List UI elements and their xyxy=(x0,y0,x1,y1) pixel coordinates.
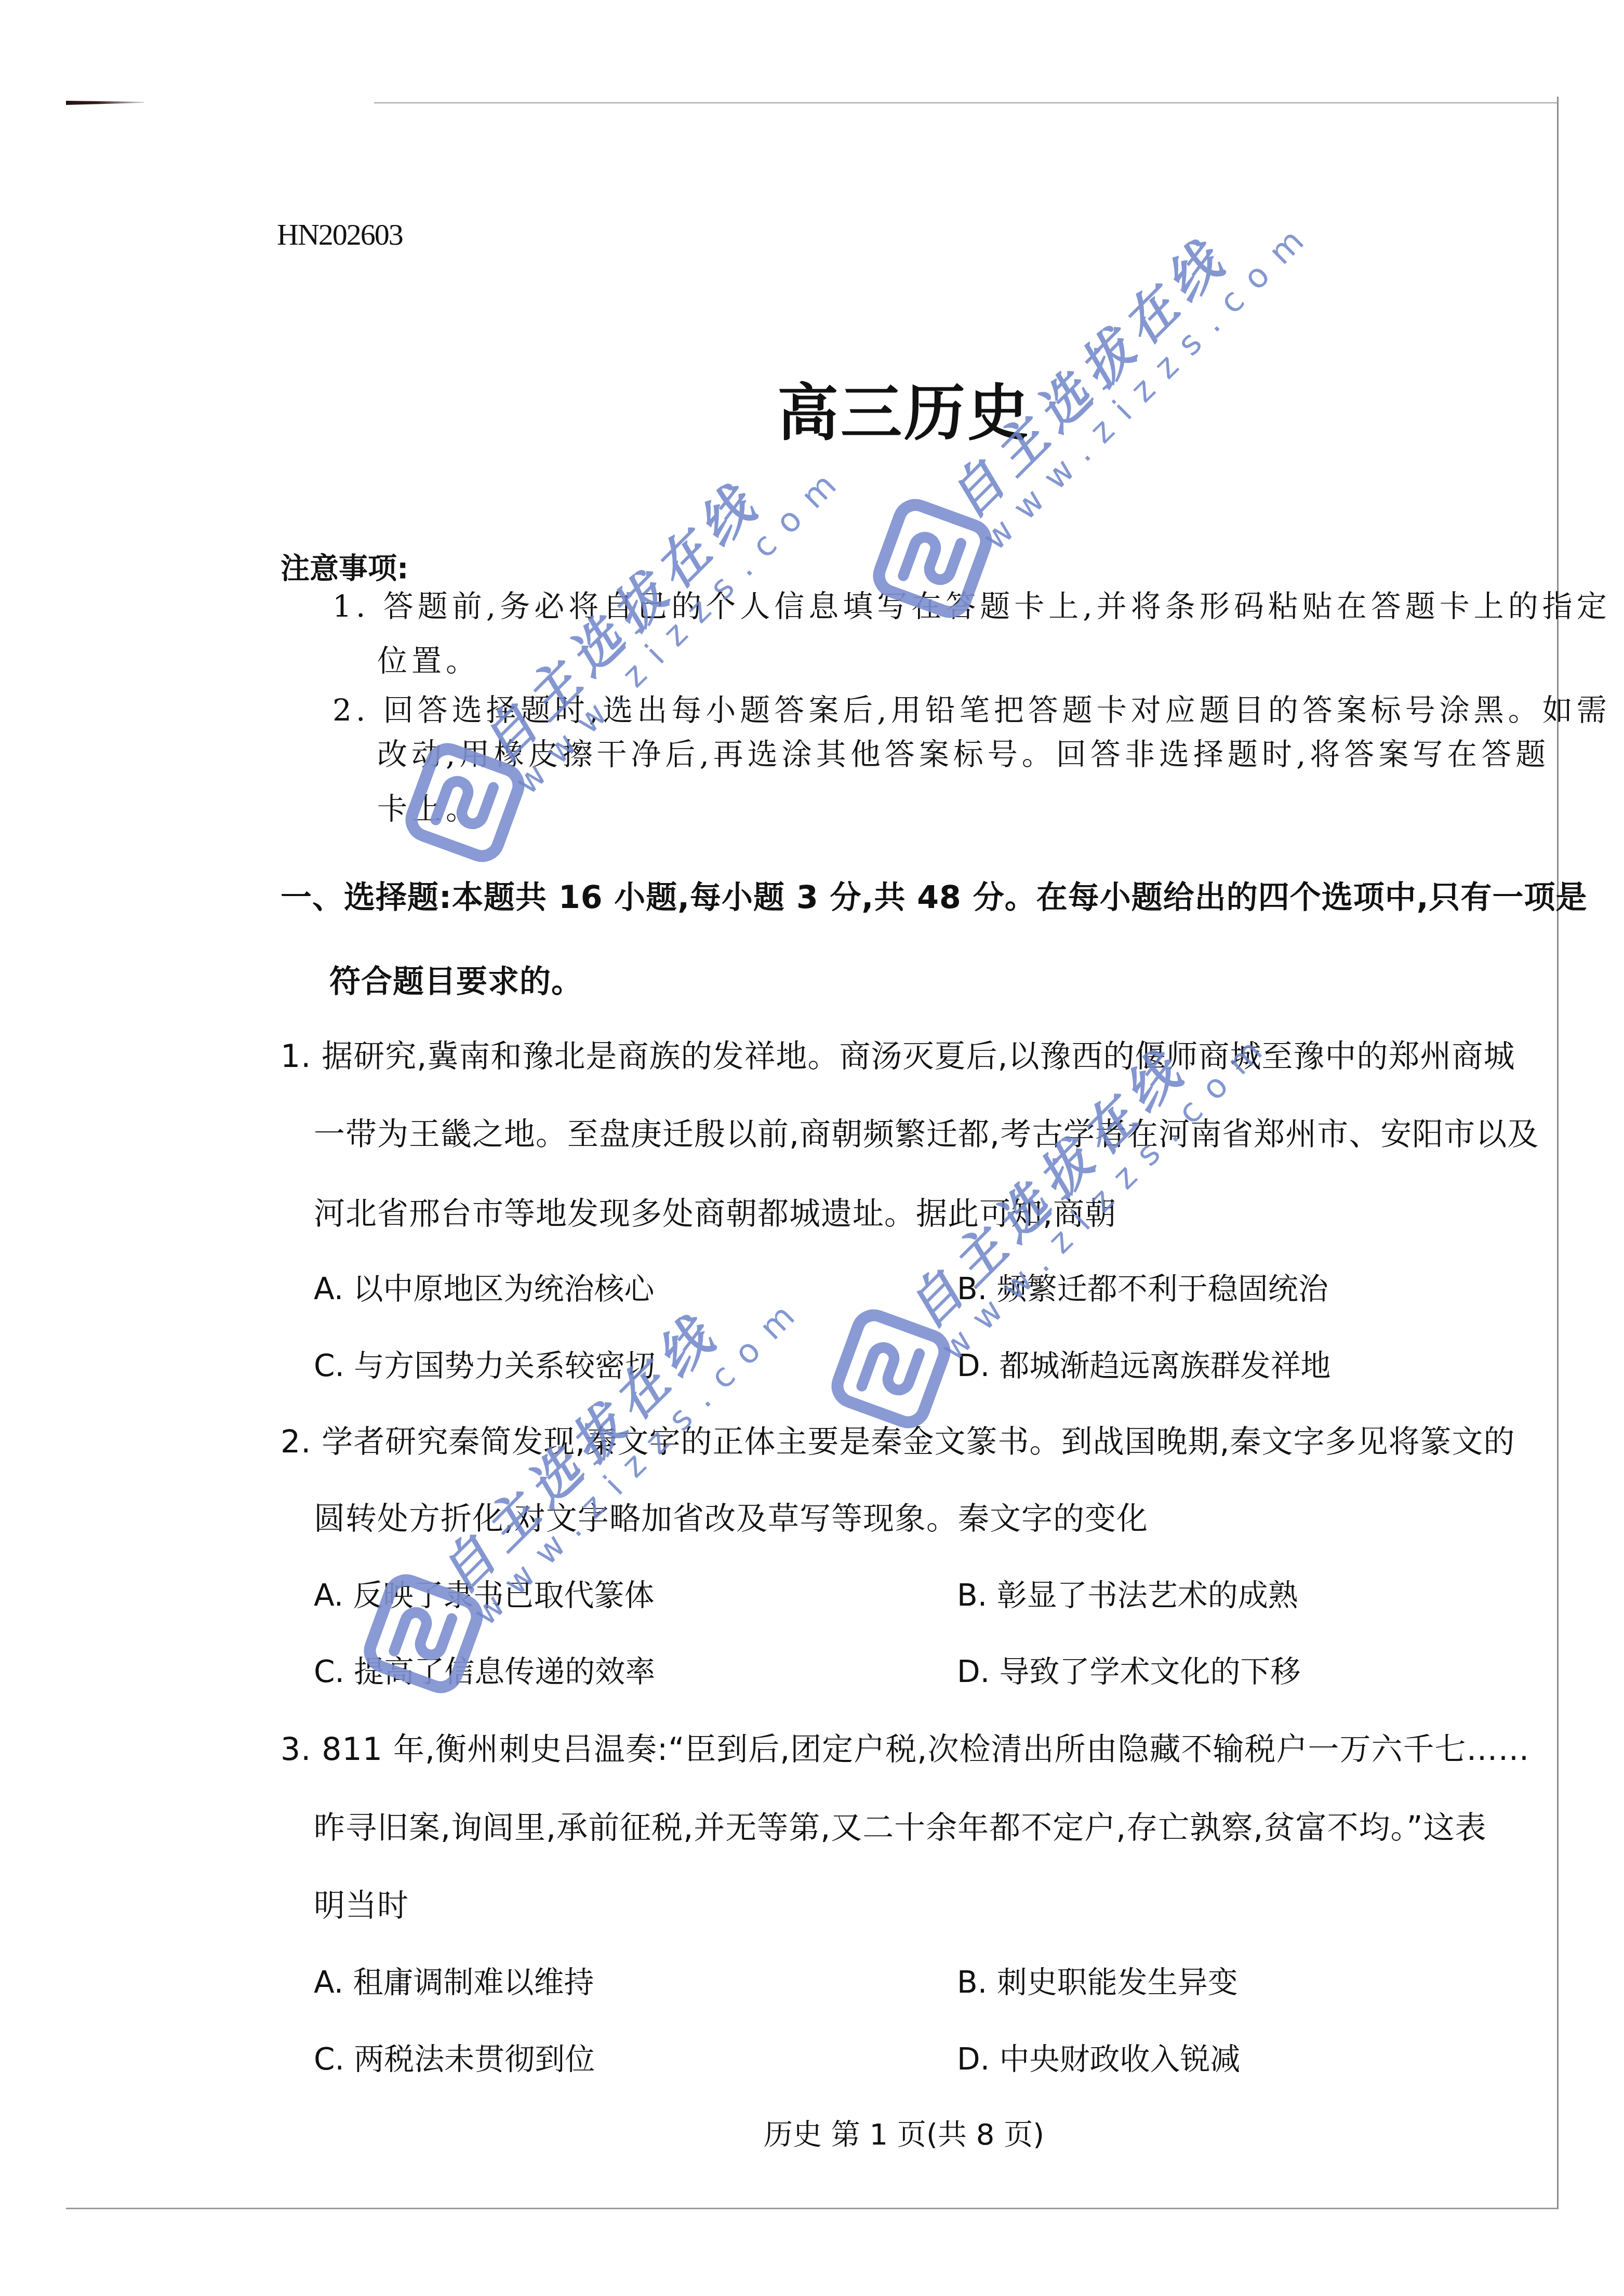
question-3-option-d[interactable]: D. 中央财政收入锐减 xyxy=(957,2035,1241,2078)
question-1-line-1: 1. 据研究,冀南和豫北是商族的发祥地。商汤灭夏后,以豫西的偃师商城至豫中的郑州… xyxy=(281,1032,1515,1076)
exam-code: HN202603 xyxy=(277,217,403,252)
question-3-line-3: 明当时 xyxy=(314,1881,409,1926)
notice-item-2-line-3: 卡上。 xyxy=(377,784,480,828)
notice-item-2-line-1: 2. 回答选择题时,选出每小题答案后,用铅笔把答题卡对应题目的答案标号涂黑。如需 xyxy=(332,686,1611,729)
question-1-option-b[interactable]: B. 频繁迁都不利于稳固统治 xyxy=(957,1264,1328,1308)
question-3-option-c[interactable]: C. 两税法未贯彻到位 xyxy=(314,2035,595,2078)
question-1-line-2: 一带为王畿之地。至盘庚迁殷以前,商朝频繁迁都,考古学者在河南省郑州市、安阳市以及 xyxy=(314,1110,1539,1154)
notice-item-2-line-2: 改动,用橡皮擦干净后,再选涂其他答案标号。回答非选择题时,将答案写在答题 xyxy=(377,730,1550,773)
notice-heading: 注意事项: xyxy=(281,545,408,587)
question-3-line-2: 昨寻旧案,询闾里,承前征税,并无等第,又二十余年都不定户,存亡孰察,贫富不均。”… xyxy=(314,1803,1487,1848)
page-footer: 历史 第 1 页(共 8 页) xyxy=(0,2112,1624,2153)
question-2-option-c[interactable]: C. 提高了信息传递的效率 xyxy=(314,1647,655,1691)
page-title: 高三历史 xyxy=(0,364,1624,452)
question-1-option-c[interactable]: C. 与方国势力关系较密切 xyxy=(314,1341,655,1385)
section-heading: 一、选择题:本题共 16 小题,每小题 3 分,共 48 分。在每小题给出的四个… xyxy=(281,873,1587,917)
question-2-line-2: 圆转处方折化,对文字略加省改及草写等现象。秦文字的变化 xyxy=(314,1494,1148,1539)
question-2-option-a[interactable]: A. 反映了隶书已取代篆体 xyxy=(314,1571,655,1614)
notice-item-1-line-1: 1. 答题前,务必将自己的个人信息填写在答题卡上,并将条形码粘贴在答题卡上的指定 xyxy=(332,582,1611,625)
question-3-option-a[interactable]: A. 租庸调制难以维持 xyxy=(314,1958,594,2001)
zizzs-logo-icon xyxy=(831,1309,951,1429)
question-3-line-1: 3. 811 年,衡州刺史吕温奏:“臣到后,团定户税,次检清出所由隐藏不输税户一… xyxy=(281,1725,1529,1769)
question-1-line-3: 河北省邢台市等地发现多处商朝都城遗址。据此可知,商朝 xyxy=(314,1189,1116,1234)
question-3-option-b[interactable]: B. 刺史职能发生异变 xyxy=(957,1958,1238,2001)
question-2-option-d[interactable]: D. 导致了学术文化的下移 xyxy=(957,1647,1301,1691)
section-heading-cont: 符合题目要求的。 xyxy=(329,957,583,1002)
watermark-3: 自主选拔在线 www.zizzs.com xyxy=(831,1309,951,1431)
question-2-line-1: 2. 学者研究秦简发现,秦文字的正体主要是秦金文篆书。到战国晚期,秦文字多见将篆… xyxy=(281,1417,1515,1462)
question-2-option-b[interactable]: B. 彰显了书法艺术的成熟 xyxy=(957,1571,1298,1614)
notice-item-1-line-2: 位置。 xyxy=(377,636,480,680)
scan-edge-mark xyxy=(66,100,144,105)
page-top-edge xyxy=(374,102,1559,103)
question-1-option-a[interactable]: A. 以中原地区为统治核心 xyxy=(314,1264,655,1308)
question-1-option-d[interactable]: D. 都城渐趋远离族群发祥地 xyxy=(957,1341,1331,1385)
page-bottom-edge xyxy=(66,2208,1559,2209)
